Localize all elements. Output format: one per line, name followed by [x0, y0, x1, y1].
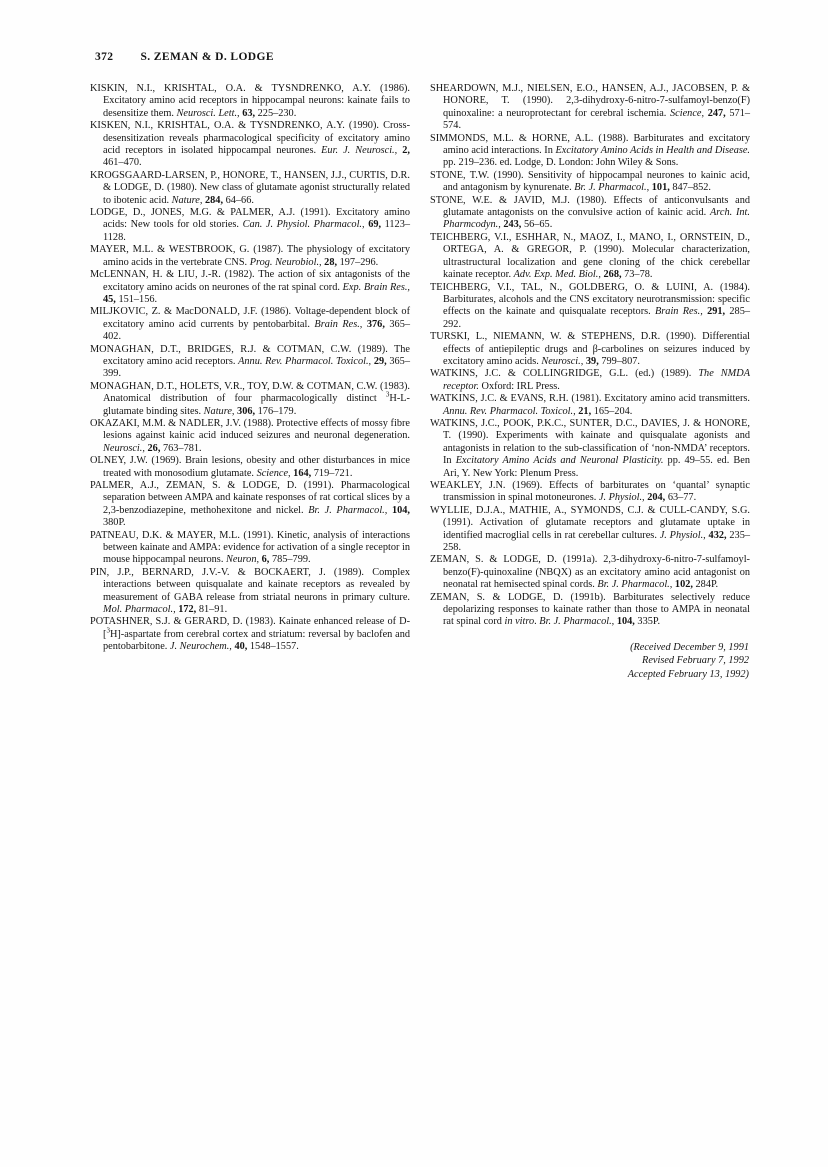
- received-line: Revised February 7, 1992: [430, 654, 749, 667]
- reference-entry: STONE, W.E. & JAVID, M.J. (1980). Effect…: [430, 195, 750, 232]
- reference-entry: WATKINS, J.C., POOK, P.K.C., SUNTER, D.C…: [430, 418, 750, 480]
- reference-entry: MONAGHAN, D.T., HOLETS, V.R., TOY, D.W. …: [90, 381, 410, 418]
- reference-entry: TURSKI, L., NIEMANN, W. & STEPHENS, D.R.…: [430, 331, 750, 368]
- journal-page: 372S. ZEMAN & D. LODGE KISKIN, N.I., KRI…: [0, 0, 828, 1167]
- received-dates: (Received December 9, 1991Revised Februa…: [430, 641, 750, 681]
- reference-entry: WATKINS, J.C. & COLLINGRIDGE, G.L. (ed.)…: [430, 368, 750, 393]
- references-list-left: KISKIN, N.I., KRISHTAL, O.A. & TYSNDRENK…: [90, 83, 410, 654]
- reference-entry: PATNEAU, D.K. & MAYER, M.L. (1991). Kine…: [90, 530, 410, 567]
- reference-entry: POTASHNER, S.J. & GERARD, D. (1983). Kai…: [90, 616, 410, 653]
- reference-entry: KROGSGAARD-LARSEN, P., HONORE, T., HANSE…: [90, 170, 410, 207]
- reference-entry: LODGE, D., JONES, M.G. & PALMER, A.J. (1…: [90, 207, 410, 244]
- received-line: (Received December 9, 1991: [430, 641, 749, 654]
- reference-entry: STONE, T.W. (1990). Sensitivity of hippo…: [430, 170, 750, 195]
- page-number: 372: [95, 51, 113, 63]
- reference-entry: KISKEN, N.I., KRISHTAL, O.A. & TYSNDRENK…: [90, 120, 410, 170]
- page-header: 372S. ZEMAN & D. LODGE: [95, 51, 274, 63]
- reference-entry: WYLLIE, D.J.A., MATHIE, A., SYMONDS, C.J…: [430, 505, 750, 555]
- reference-entry: WEAKLEY, J.N. (1969). Effects of barbitu…: [430, 480, 750, 505]
- reference-entry: WATKINS, J.C. & EVANS, R.H. (1981). Exci…: [430, 393, 750, 418]
- received-line: Accepted February 13, 1992): [430, 668, 749, 681]
- references-section: KISKIN, N.I., KRISHTAL, O.A. & TYSNDRENK…: [90, 83, 750, 681]
- reference-entry: SHEARDOWN, M.J., NIELSEN, E.O., HANSEN, …: [430, 83, 750, 133]
- reference-entry: MILJKOVIC, Z. & MacDONALD, J.F. (1986). …: [90, 306, 410, 343]
- reference-entry: OLNEY, J.W. (1969). Brain lesions, obesi…: [90, 455, 410, 480]
- reference-entry: ZEMAN, S. & LODGE, D. (1991b). Barbitura…: [430, 592, 750, 629]
- reference-entry: PIN, J.P., BERNARD, J.V.-V. & BOCKAERT, …: [90, 567, 410, 617]
- reference-entry: MAYER, M.L. & WESTBROOK, G. (1987). The …: [90, 244, 410, 269]
- references-list-right: SHEARDOWN, M.J., NIELSEN, E.O., HANSEN, …: [430, 83, 750, 629]
- reference-entry: SIMMONDS, M.L. & HORNE, A.L. (1988). Bar…: [430, 133, 750, 170]
- reference-entry: TEICHBERG, V.I., TAL, N., GOLDBERG, O. &…: [430, 282, 750, 332]
- reference-entry: MONAGHAN, D.T., BRIDGES, R.J. & COTMAN, …: [90, 344, 410, 381]
- reference-entry: KISKIN, N.I., KRISHTAL, O.A. & TYSNDRENK…: [90, 83, 410, 120]
- reference-entry: TEICHBERG, V.I., ESHHAR, N., MAOZ, I., M…: [430, 232, 750, 282]
- reference-entry: PALMER, A.J., ZEMAN, S. & LODGE, D. (199…: [90, 480, 410, 530]
- reference-entry: ZEMAN, S. & LODGE, D. (1991a). 2,3-dihyd…: [430, 554, 750, 591]
- reference-entry: McLENNAN, H. & LIU, J.-R. (1982). The ac…: [90, 269, 410, 306]
- running-head: S. ZEMAN & D. LODGE: [140, 51, 273, 63]
- references-column-right: SHEARDOWN, M.J., NIELSEN, E.O., HANSEN, …: [430, 83, 750, 681]
- references-column-left: KISKIN, N.I., KRISHTAL, O.A. & TYSNDRENK…: [90, 83, 410, 681]
- reference-entry: OKAZAKI, M.M. & NADLER, J.V. (1988). Pro…: [90, 418, 410, 455]
